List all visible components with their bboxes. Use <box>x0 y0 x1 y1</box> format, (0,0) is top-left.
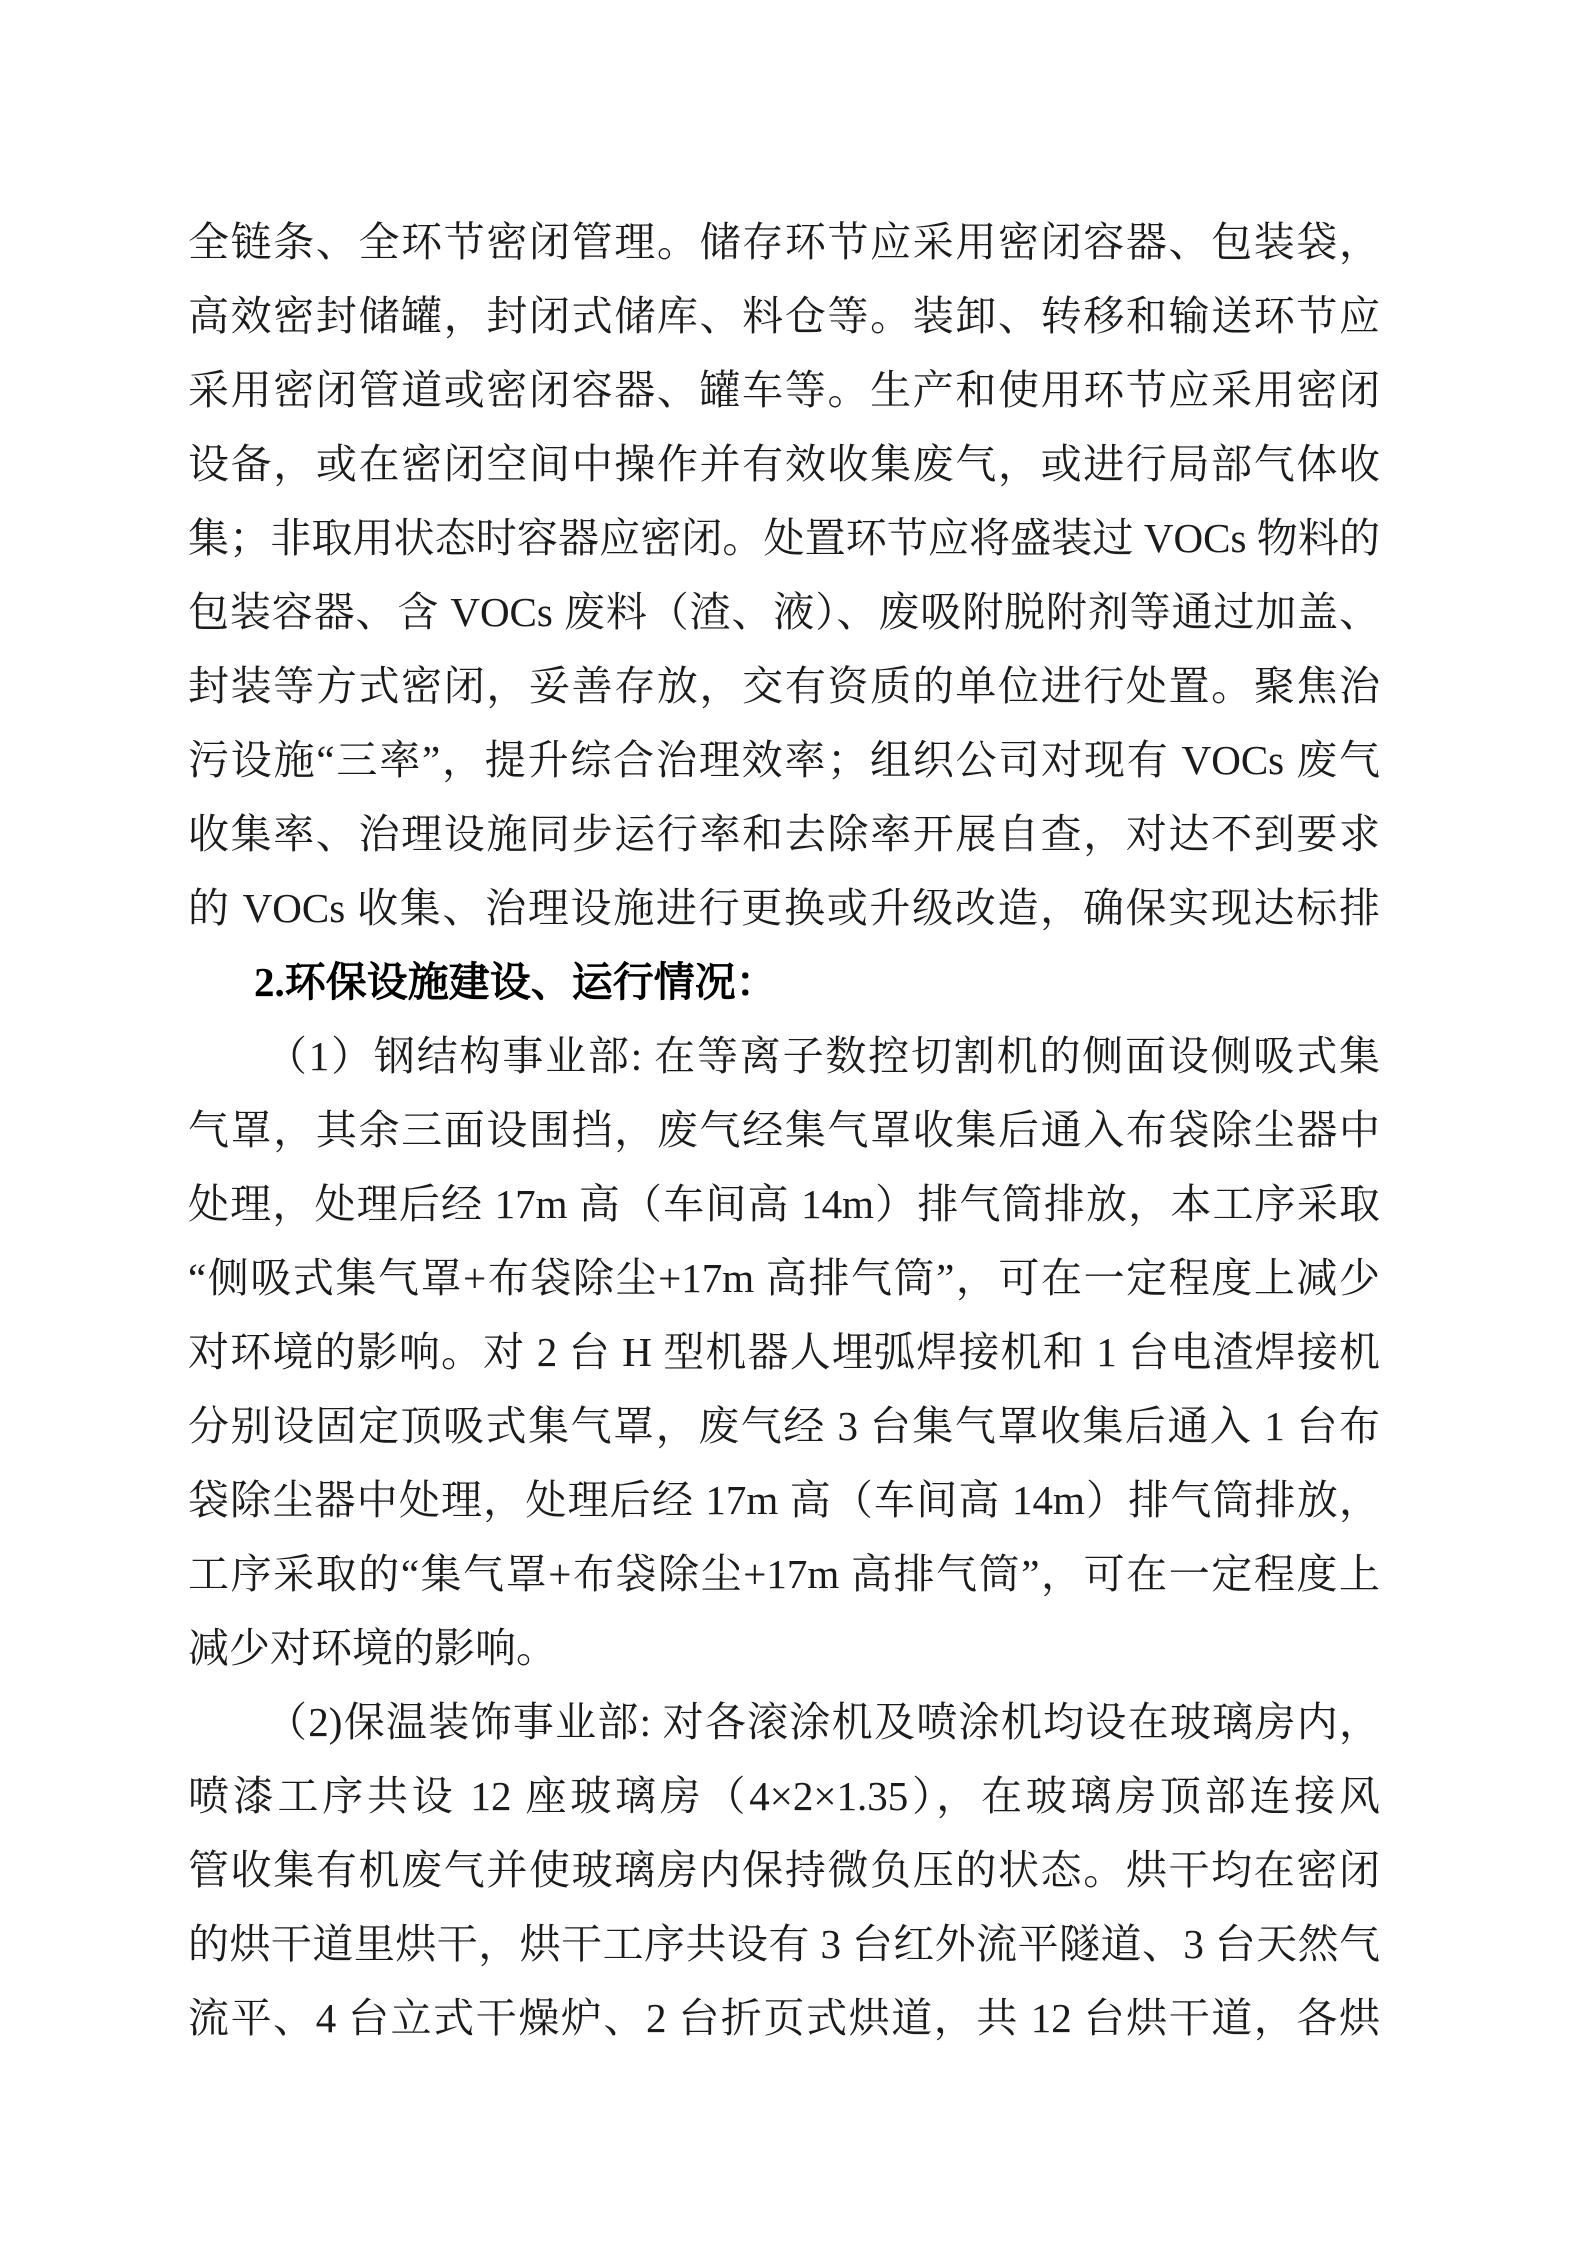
text-line: 收集率、治理设施同步运行率和去除率开展自查，对达不到要求 <box>188 797 1380 871</box>
text-line: 高效密封储罐，封闭式储库、料仓等。装卸、转移和输送环节应 <box>188 279 1380 353</box>
text-line: （2)保温装饰事业部: 对各滚涂机及喷涂机均设在玻璃房内， <box>188 1685 1380 1759</box>
section-heading: 2.环保设施建设、运行情况： <box>188 945 1380 1019</box>
text-line: 污设施“三率”，提升综合治理效率；组织公司对现有 VOCs 废气 <box>188 723 1380 797</box>
text-line: 的 VOCs 收集、治理设施进行更换或升级改造，确保实现达标排放。 <box>188 871 1380 945</box>
text-line: 气罩，其余三面设围挡，废气经集气罩收集后通入布袋除尘器中 <box>188 1093 1380 1167</box>
text-line: 的烘干道里烘干，烘干工序共设有 3 台红外流平隧道、3 台天然气 <box>188 1907 1380 1981</box>
document-text: 全链条、全环节密闭管理。储存环节应采用密闭容器、包装袋，高效密封储罐，封闭式储库… <box>188 205 1380 2055</box>
text-line: 采用密闭管道或密闭容器、罐车等。生产和使用环节应采用密闭 <box>188 353 1380 427</box>
text-line: 流平、4 台立式干燥炉、2 台折页式烘道，共 12 台烘干道，各烘 <box>188 1981 1380 2055</box>
text-line: 分别设固定顶吸式集气罩，废气经 3 台集气罩收集后通入 1 台布 <box>188 1389 1380 1463</box>
text-line: 喷漆工序共设 12 座玻璃房（4×2×1.35），在玻璃房顶部连接风 <box>188 1759 1380 1833</box>
text-line: 包装容器、含 VOCs 废料（渣、液）、废吸附脱附剂等通过加盖、 <box>188 575 1380 649</box>
text-line: 管收集有机废气并使玻璃房内保持微负压的状态。烘干均在密闭 <box>188 1833 1380 1907</box>
text-line: 全链条、全环节密闭管理。储存环节应采用密闭容器、包装袋， <box>188 205 1380 279</box>
text-line: 设备，或在密闭空间中操作并有效收集废气，或进行局部气体收 <box>188 427 1380 501</box>
text-line: 封装等方式密闭，妥善存放，交有资质的单位进行处置。聚焦治 <box>188 649 1380 723</box>
text-line: 减少对环境的影响。 <box>188 1611 1380 1685</box>
document-page: 全链条、全环节密闭管理。储存环节应采用密闭容器、包装袋，高效密封储罐，封闭式储库… <box>0 0 1587 2245</box>
text-line: 袋除尘器中处理，处理后经 17m 高（车间高 14m）排气筒排放，本 <box>188 1463 1380 1537</box>
text-line: 集；非取用状态时容器应密闭。处置环节应将盛装过 VOCs 物料的 <box>188 501 1380 575</box>
text-line: 处理，处理后经 17m 高（车间高 14m）排气筒排放，本工序采取的 <box>188 1167 1380 1241</box>
text-line: 对环境的影响。对 2 台 H 型机器人埋弧焊接机和 1 台电渣焊接机 <box>188 1315 1380 1389</box>
text-line: “侧吸式集气罩+布袋除尘+17m 高排气筒”，可在一定程度上减少 <box>188 1241 1380 1315</box>
text-line: （1）钢结构事业部: 在等离子数控切割机的侧面设侧吸式集 <box>188 1019 1380 1093</box>
text-line: 工序采取的“集气罩+布袋除尘+17m 高排气筒”，可在一定程度上 <box>188 1537 1380 1611</box>
